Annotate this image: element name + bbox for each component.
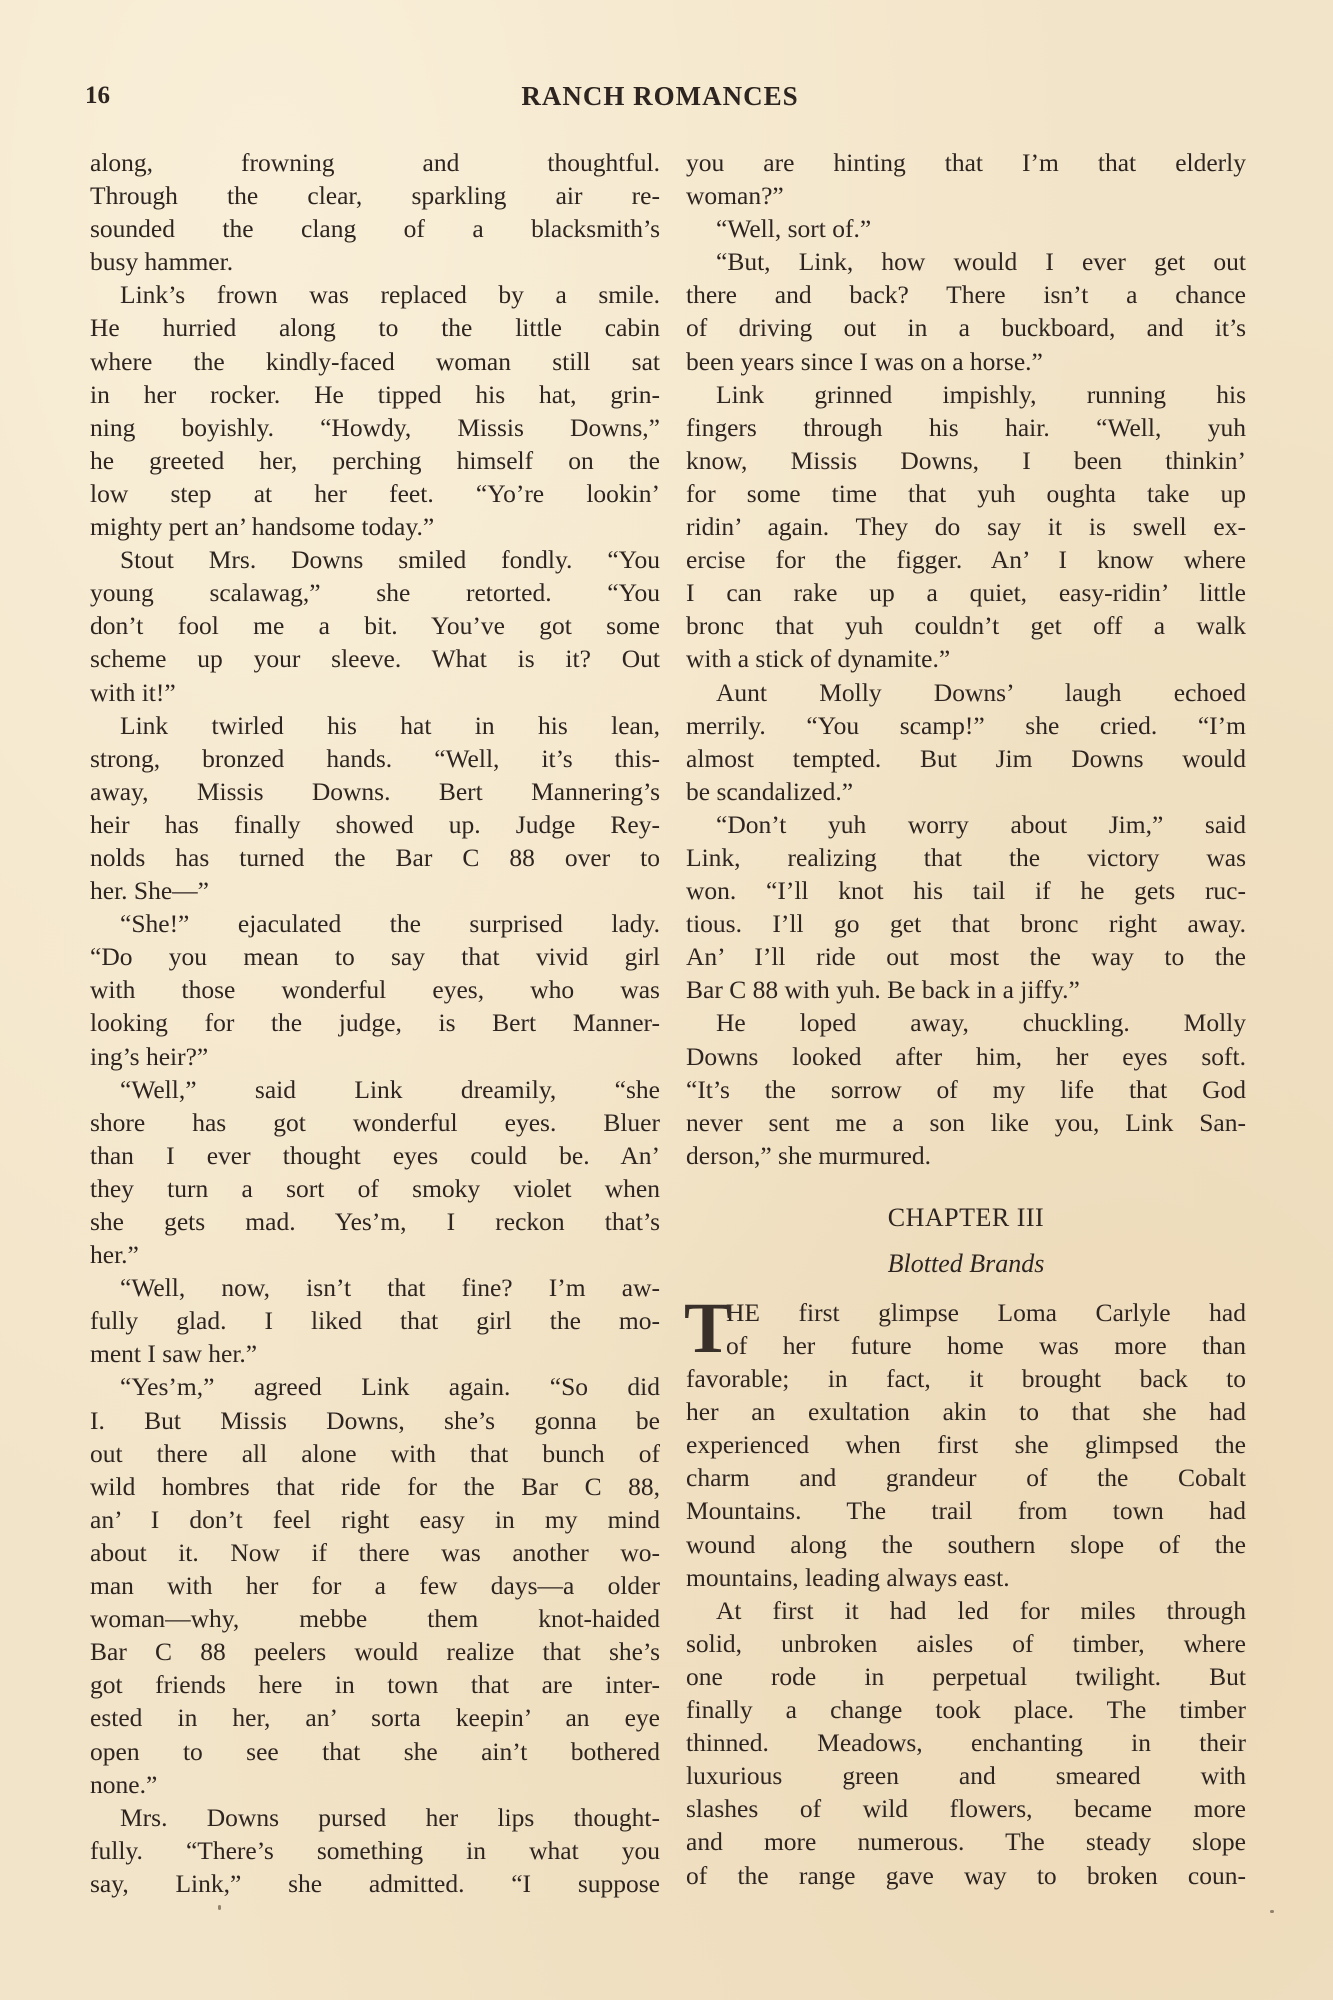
text-line: I can rake up a quiet, easy-ridin’ littl…	[686, 576, 1246, 609]
right-column-text-before-chapter: you are hinting that I’m that elderlywom…	[686, 146, 1246, 1172]
text-line: an’ I don’t feel right easy in my mind	[90, 1503, 660, 1536]
text-line: she gets mad. Yes’m, I reckon that’s	[90, 1205, 660, 1238]
chapter-first-line: T HE first glimpse Loma Carlyle had	[686, 1296, 1246, 1329]
text-line: “Well, sort of.”	[686, 212, 1246, 245]
text-line: along, frowning and thoughtful.	[90, 146, 660, 179]
text-line: with it!”	[90, 676, 660, 709]
text-line: “But, Link, how would I ever get out	[686, 245, 1246, 278]
text-line: experienced when first she glimpsed the	[686, 1428, 1246, 1461]
text-line: never sent me a son like you, Link San-	[686, 1106, 1246, 1139]
text-line: almost tempted. But Jim Downs would	[686, 742, 1246, 775]
chapter-subtitle: Blotted Brands	[686, 1244, 1246, 1296]
right-column-text-after-chapter: favorable; in fact, it brought back tohe…	[686, 1362, 1246, 1892]
text-line: Mrs. Downs pursed her lips thought-	[90, 1801, 660, 1834]
left-column: along, frowning and thoughtful.Through t…	[90, 146, 660, 1900]
text-line: solid, unbroken aisles of timber, where	[686, 1627, 1246, 1660]
text-line: of driving out in a buckboard, and it’s	[686, 311, 1246, 344]
text-line: won. “I’ll knot his tail if he gets ruc-	[686, 874, 1246, 907]
text-line: low step at her feet. “Yo’re lookin’	[90, 477, 660, 510]
text-line: “Yes’m,” agreed Link again. “So did	[90, 1370, 660, 1403]
text-line: An’ I’ll ride out most the way to the	[686, 940, 1246, 973]
text-line: ridin’ again. They do say it is swell ex…	[686, 510, 1246, 543]
text-line: thinned. Meadows, enchanting in their	[686, 1726, 1246, 1759]
text-line: He loped away, chuckling. Molly	[686, 1006, 1246, 1039]
text-line: Bar C 88 peelers would realize that she’…	[90, 1635, 660, 1668]
text-line: mighty pert an’ handsome today.”	[90, 510, 660, 543]
text-line: scheme up your sleeve. What is it? Out	[90, 642, 660, 675]
text-line: about it. Now if there was another wo-	[90, 1536, 660, 1569]
text-line: her. She—”	[90, 874, 660, 907]
text-line: ested in her, an’ sorta keepin’ an eye	[90, 1701, 660, 1734]
text-line: ing’s heir?”	[90, 1040, 660, 1073]
text-line: strong, bronzed hands. “Well, it’s this-	[90, 742, 660, 775]
text-line: “Don’t yuh worry about Jim,” said	[686, 808, 1246, 841]
text-line: Link twirled his hat in his lean,	[90, 709, 660, 742]
right-column: you are hinting that I’m that elderlywom…	[686, 146, 1246, 1892]
text-line: out there all alone with that bunch of	[90, 1437, 660, 1470]
text-line: “She!” ejaculated the surprised lady.	[90, 907, 660, 940]
text-line: shore has got wonderful eyes. Bluer	[90, 1106, 660, 1139]
text-line: He hurried along to the little cabin	[90, 311, 660, 344]
text-line: Aunt Molly Downs’ laugh echoed	[686, 676, 1246, 709]
text-line: there and back? There isn’t a chance	[686, 278, 1246, 311]
text-line: mountains, leading always east.	[686, 1561, 1246, 1594]
text-line: luxurious green and smeared with	[686, 1759, 1246, 1792]
text-line: of the range gave way to broken coun-	[686, 1859, 1246, 1892]
text-line: looking for the judge, is Bert Manner-	[90, 1006, 660, 1039]
text-line: don’t fool me a bit. You’ve got some	[90, 609, 660, 642]
text-line: Link grinned impishly, running his	[686, 378, 1246, 411]
text-line: Downs looked after him, her eyes soft.	[686, 1040, 1246, 1073]
text-line: slashes of wild flowers, became more	[686, 1792, 1246, 1825]
text-line: got friends here in town that are inter-	[90, 1668, 660, 1701]
text-line: “Do you mean to say that vivid girl	[90, 940, 660, 973]
text-line: fully. “There’s something in what you	[90, 1834, 660, 1867]
text-line: At first it had led for miles through	[686, 1594, 1246, 1627]
text-line: in her rocker. He tipped his hat, grin-	[90, 378, 660, 411]
text-line: away, Missis Downs. Bert Mannering’s	[90, 775, 660, 808]
text-line: heir has finally showed up. Judge Rey-	[90, 808, 660, 841]
text-line: Link, realizing that the victory was	[686, 841, 1246, 874]
text-line: merrily. “You scamp!” she cried. “I’m	[686, 709, 1246, 742]
chapter-first-line-text: HE first glimpse Loma Carlyle had	[726, 1298, 1246, 1327]
text-line: with a stick of dynamite.”	[686, 642, 1246, 675]
text-line: wound along the southern slope of the	[686, 1528, 1246, 1561]
text-line: ercise for the figger. An’ I know where	[686, 543, 1246, 576]
text-line: be scandalized.”	[686, 775, 1246, 808]
text-line: wild hombres that ride for the Bar C 88,	[90, 1470, 660, 1503]
text-line: bronc that yuh couldn’t get off a walk	[686, 609, 1246, 642]
text-line: he greeted her, perching himself on the	[90, 444, 660, 477]
chapter-opening: T HE first glimpse Loma Carlyle had of h…	[686, 1296, 1246, 1362]
text-line: derson,” she murmured.	[686, 1139, 1246, 1172]
text-line: “Well, now, isn’t that fine? I’m aw-	[90, 1271, 660, 1304]
text-line: than I ever thought eyes could be. An’	[90, 1139, 660, 1172]
text-line: sounded the clang of a blacksmith’s	[90, 212, 660, 245]
running-title: RANCH ROMANCES	[460, 81, 860, 112]
text-line: man with her for a few days—a older	[90, 1569, 660, 1602]
text-line: for some time that yuh oughta take up	[686, 477, 1246, 510]
text-line: and more numerous. The steady slope	[686, 1825, 1246, 1858]
text-line: one rode in perpetual twilight. But	[686, 1660, 1246, 1693]
text-line: with those wonderful eyes, who was	[90, 973, 660, 1006]
text-line: fully glad. I liked that girl the mo-	[90, 1304, 660, 1337]
text-line: open to see that she ain’t bothered	[90, 1735, 660, 1768]
text-line: you are hinting that I’m that elderly	[686, 146, 1246, 179]
text-line: say, Link,” she admitted. “I suppose	[90, 1867, 660, 1900]
text-line: ning boyishly. “Howdy, Missis Downs,”	[90, 411, 660, 444]
text-line: been years since I was on a horse.”	[686, 345, 1246, 378]
text-line: woman?”	[686, 179, 1246, 212]
text-line: favorable; in fact, it brought back to	[686, 1362, 1246, 1395]
text-line: I. But Missis Downs, she’s gonna be	[90, 1404, 660, 1437]
text-line: where the kindly-faced woman still sat	[90, 345, 660, 378]
text-line: Through the clear, sparkling air re-	[90, 179, 660, 212]
text-line: young scalawag,” she retorted. “You	[90, 576, 660, 609]
text-line: charm and grandeur of the Cobalt	[686, 1461, 1246, 1494]
text-line: Stout Mrs. Downs smiled fondly. “You	[90, 543, 660, 576]
text-line: know, Missis Downs, I been thinkin’	[686, 444, 1246, 477]
text-line: ment I saw her.”	[90, 1337, 660, 1370]
text-line: her an exultation akin to that she had	[686, 1395, 1246, 1428]
text-line: nolds has turned the Bar C 88 over to	[90, 841, 660, 874]
paper-speck	[1270, 1910, 1274, 1913]
text-line: Bar C 88 with yuh. Be back in a jiffy.”	[686, 973, 1246, 1006]
text-line: tious. I’ll go get that bronc right away…	[686, 907, 1246, 940]
chapter-second-line: of her future home was more than	[686, 1329, 1246, 1362]
text-line: Link’s frown was replaced by a smile.	[90, 278, 660, 311]
text-line: finally a change took place. The timber	[686, 1693, 1246, 1726]
paper-speck	[218, 1905, 221, 1910]
page-number: 16	[85, 82, 110, 110]
text-line: they turn a sort of smoky violet when	[90, 1172, 660, 1205]
chapter-heading: CHAPTER III	[686, 1192, 1246, 1244]
text-line: woman—why, mebbe them knot-haided	[90, 1602, 660, 1635]
text-line: none.”	[90, 1768, 660, 1801]
text-line: “Well,” said Link dreamily, “she	[90, 1073, 660, 1106]
text-line: fingers through his hair. “Well, yuh	[686, 411, 1246, 444]
text-line: her.”	[90, 1238, 660, 1271]
text-line: Mountains. The trail from town had	[686, 1494, 1246, 1527]
text-line: “It’s the sorrow of my life that God	[686, 1073, 1246, 1106]
text-line: busy hammer.	[90, 245, 660, 278]
